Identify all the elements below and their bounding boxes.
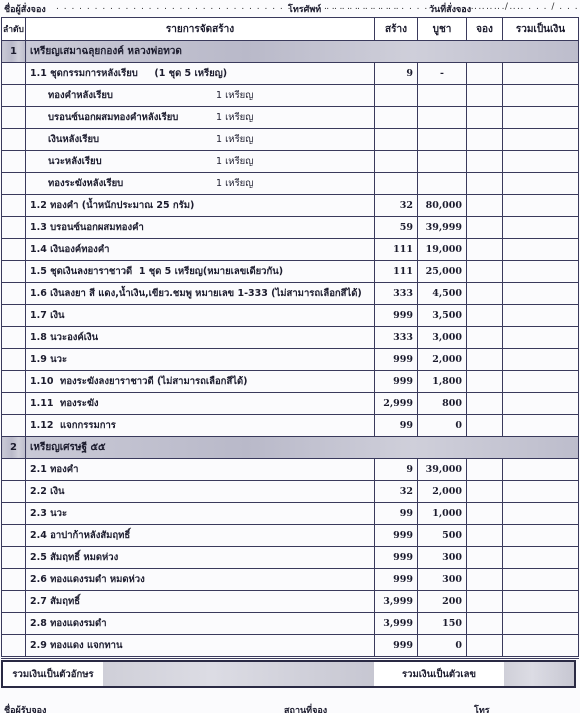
index-cell bbox=[2, 327, 26, 349]
reserve-input[interactable] bbox=[467, 503, 503, 525]
sub-item-wrap: ทองคำหลังเรียบ1 เหรียญ bbox=[48, 88, 370, 103]
table-row: 1.6 เงินลงยา สี แดง,น้ำเงิน,เขียว.ชมพู ห… bbox=[2, 283, 579, 305]
summary-box: รวมเงินเป็นตัวอักษร รวมเงินเป็นตัวเลข bbox=[1, 660, 576, 688]
built-count: 111 bbox=[375, 261, 418, 283]
index-cell bbox=[2, 283, 26, 305]
price: 3,000 bbox=[418, 327, 467, 349]
reserve-input[interactable] bbox=[467, 283, 503, 305]
index-cell bbox=[2, 195, 26, 217]
built-count: 9 bbox=[375, 63, 418, 85]
price: 19,000 bbox=[418, 239, 467, 261]
order-table: ลำดับ รายการจัดสร้าง สร้าง บูชา จอง รวมเ… bbox=[1, 17, 579, 659]
reserve-input[interactable] bbox=[467, 239, 503, 261]
table-row: 1.3 บรอนซ์นอกผสมทองคำ5939,999 bbox=[2, 217, 579, 239]
item-name: 1.3 บรอนซ์นอกผสมทองคำ bbox=[26, 217, 375, 239]
total-input[interactable] bbox=[503, 547, 579, 569]
price: 2,000 bbox=[418, 481, 467, 503]
sub-item-name: นวะหลังเรียบ bbox=[48, 156, 102, 167]
total-input[interactable] bbox=[503, 85, 579, 107]
sub-item-row: ทองคำหลังเรียบ1 เหรียญ bbox=[2, 85, 579, 107]
reserve-input[interactable] bbox=[467, 591, 503, 613]
order-header-line: ชื่อผู้สั่งจอง . . . . . . . . . . . . .… bbox=[4, 0, 578, 16]
price: 200 bbox=[418, 591, 467, 613]
built-count: 333 bbox=[375, 327, 418, 349]
reserve-input[interactable] bbox=[467, 173, 503, 195]
col-total-header: รวมเป็นเงิน bbox=[503, 18, 579, 41]
built-count: 999 bbox=[375, 349, 418, 371]
price: 3,500 bbox=[418, 305, 467, 327]
index-cell bbox=[2, 371, 26, 393]
built-count: 999 bbox=[375, 305, 418, 327]
total-number-field[interactable] bbox=[504, 662, 574, 686]
total-input[interactable] bbox=[503, 151, 579, 173]
total-input[interactable] bbox=[503, 481, 579, 503]
index-cell bbox=[2, 85, 26, 107]
price: 0 bbox=[418, 635, 467, 658]
section-row: 2เหรียญเศรษฐี ๕๕ bbox=[2, 437, 579, 459]
price-cell bbox=[418, 173, 467, 195]
reserve-input[interactable] bbox=[467, 85, 503, 107]
sub-item-cell: เงินหลังเรียบ1 เหรียญ bbox=[26, 129, 375, 151]
section-row: 1เหรียญเสมาฉลุยกองค์ หลวงพ่อทวด bbox=[2, 41, 579, 63]
index-cell bbox=[2, 635, 26, 658]
table-row: 2.4 อาปาก้าหลังสัมฤทธิ์999500 bbox=[2, 525, 579, 547]
price-cell bbox=[418, 107, 467, 129]
table-row: 2.5 สัมฤทธิ์ หมดห่วง999300 bbox=[2, 547, 579, 569]
built-count: 32 bbox=[375, 481, 418, 503]
table-row: 1.12 แจกกรรมการ990 bbox=[2, 415, 579, 437]
receiver-line: ชื่อผู้รับจอง สถานที่จอง โทร bbox=[4, 703, 578, 713]
index-cell bbox=[2, 459, 26, 481]
table-row: 2.2 เงิน322,000 bbox=[2, 481, 579, 503]
date-field[interactable]: . . . . / . . . . . / . . . . . . bbox=[474, 2, 580, 12]
sub-item-name: บรอนซ์นอกผสมทองคำหลังเรียบ bbox=[48, 112, 178, 123]
price-cell bbox=[418, 129, 467, 151]
total-input[interactable] bbox=[503, 195, 579, 217]
built-count: 9 bbox=[375, 459, 418, 481]
price: 80,000 bbox=[418, 195, 467, 217]
section-index: 2 bbox=[2, 437, 26, 459]
table-row: 1.4 เงินองค์ทองคำ11119,000 bbox=[2, 239, 579, 261]
reserve-input[interactable] bbox=[467, 415, 503, 437]
item-name: 1.7 เงิน bbox=[26, 305, 375, 327]
built-count: 3,999 bbox=[375, 613, 418, 635]
sub-item-wrap: บรอนซ์นอกผสมทองคำหลังเรียบ1 เหรียญ bbox=[48, 110, 370, 125]
item-name: 1.2 ทองคำ (น้ำหนักประมาณ 25 กรัม) bbox=[26, 195, 375, 217]
total-input[interactable] bbox=[503, 63, 579, 85]
built-cell bbox=[375, 107, 418, 129]
built-cell bbox=[375, 129, 418, 151]
built-count: 999 bbox=[375, 525, 418, 547]
built-count: 111 bbox=[375, 239, 418, 261]
orderer-label: ชื่อผู้สั่งจอง bbox=[4, 2, 46, 16]
col-index-header: ลำดับ bbox=[2, 18, 26, 41]
built-cell bbox=[375, 151, 418, 173]
total-input[interactable] bbox=[503, 613, 579, 635]
total-input[interactable] bbox=[503, 283, 579, 305]
price: 39,999 bbox=[418, 217, 467, 239]
item-name: 2.3 นวะ bbox=[26, 503, 375, 525]
index-cell bbox=[2, 349, 26, 371]
item-name: 1.4 เงินองค์ทองคำ bbox=[26, 239, 375, 261]
table-row: 2.8 ทองแดงรมดำ3,999150 bbox=[2, 613, 579, 635]
price: 0 bbox=[418, 415, 467, 437]
price: 1,000 bbox=[418, 503, 467, 525]
item-name: 1.9 นวะ bbox=[26, 349, 375, 371]
sub-item-cell: ทองคำหลังเรียบ1 เหรียญ bbox=[26, 85, 375, 107]
table-row: 2.7 สัมฤทธิ์3,999200 bbox=[2, 591, 579, 613]
built-count: 2,999 bbox=[375, 393, 418, 415]
index-cell bbox=[2, 261, 26, 283]
sub-item-cell: บรอนซ์นอกผสมทองคำหลังเรียบ1 เหรียญ bbox=[26, 107, 375, 129]
reserve-input[interactable] bbox=[467, 481, 503, 503]
price-cell bbox=[418, 85, 467, 107]
total-input[interactable] bbox=[503, 591, 579, 613]
item-name: 2.1 ทองคำ bbox=[26, 459, 375, 481]
item-name: 1.1 ชุดกรรมการหลังเรียบ (1 ชุด 5 เหรียญ) bbox=[26, 63, 375, 85]
total-input[interactable] bbox=[503, 173, 579, 195]
table-row: 1.1 ชุดกรรมการหลังเรียบ (1 ชุด 5 เหรียญ)… bbox=[2, 63, 579, 85]
price: 25,000 bbox=[418, 261, 467, 283]
index-cell bbox=[2, 613, 26, 635]
item-name: 2.8 ทองแดงรมดำ bbox=[26, 613, 375, 635]
reserve-input[interactable] bbox=[467, 547, 503, 569]
item-name: 2.9 ทองแดง แจกทาน bbox=[26, 635, 375, 658]
item-name: 1.11 ทองระฆัง bbox=[26, 393, 375, 415]
index-cell bbox=[2, 569, 26, 591]
sub-item-row: เงินหลังเรียบ1 เหรียญ bbox=[2, 129, 579, 151]
receiver-label: ชื่อผู้รับจอง bbox=[4, 703, 46, 713]
sub-item-qty: 1 เหรียญ bbox=[216, 132, 253, 147]
total-input[interactable] bbox=[503, 393, 579, 415]
total-input[interactable] bbox=[503, 349, 579, 371]
reserve-input[interactable] bbox=[467, 129, 503, 151]
sub-item-row: บรอนซ์นอกผสมทองคำหลังเรียบ1 เหรียญ bbox=[2, 107, 579, 129]
index-cell bbox=[2, 415, 26, 437]
total-input[interactable] bbox=[503, 415, 579, 437]
price: 500 bbox=[418, 525, 467, 547]
reserve-input[interactable] bbox=[467, 459, 503, 481]
total-text-field[interactable] bbox=[103, 662, 374, 686]
index-cell bbox=[2, 129, 26, 151]
index-cell bbox=[2, 547, 26, 569]
phone-label: โทรศัพท์ bbox=[288, 2, 321, 16]
table-header-row: ลำดับ รายการจัดสร้าง สร้าง บูชา จอง รวมเ… bbox=[2, 18, 579, 41]
col-price-header: บูชา bbox=[418, 18, 467, 41]
index-cell bbox=[2, 591, 26, 613]
reserve-input[interactable] bbox=[467, 217, 503, 239]
sub-item-row: ทองระฆังหลังเรียบ1 เหรียญ bbox=[2, 173, 579, 195]
total-input[interactable] bbox=[503, 239, 579, 261]
built-cell bbox=[375, 173, 418, 195]
total-input[interactable] bbox=[503, 107, 579, 129]
index-cell bbox=[2, 481, 26, 503]
reserve-input[interactable] bbox=[467, 635, 503, 658]
built-count: 59 bbox=[375, 217, 418, 239]
built-count: 999 bbox=[375, 635, 418, 658]
item-name: 1.5 ชุดเงินลงยาราชาวดี 1 ชุด 5 เหรียญ(หม… bbox=[26, 261, 375, 283]
total-number-label: รวมเงินเป็นตัวเลข bbox=[374, 662, 504, 686]
index-cell bbox=[2, 107, 26, 129]
place-label: สถานที่จอง bbox=[284, 703, 327, 713]
index-cell bbox=[2, 525, 26, 547]
col-item-header: รายการจัดสร้าง bbox=[26, 18, 375, 41]
total-input[interactable] bbox=[503, 305, 579, 327]
table-row: 2.6 ทองแดงรมดำ หมดห่วง999300 bbox=[2, 569, 579, 591]
reserve-input[interactable] bbox=[467, 107, 503, 129]
sub-item-cell: ทองระฆังหลังเรียบ1 เหรียญ bbox=[26, 173, 375, 195]
sub-item-wrap: นวะหลังเรียบ1 เหรียญ bbox=[48, 154, 370, 169]
price: 2,000 bbox=[418, 349, 467, 371]
section-index: 1 bbox=[2, 41, 26, 63]
price: 150 bbox=[418, 613, 467, 635]
total-input[interactable] bbox=[503, 635, 579, 658]
reserve-input[interactable] bbox=[467, 195, 503, 217]
total-input[interactable] bbox=[503, 129, 579, 151]
reserve-input[interactable] bbox=[467, 327, 503, 349]
date-label: วันที่สั่งจอง bbox=[429, 2, 471, 16]
item-name: 2.2 เงิน bbox=[26, 481, 375, 503]
table-row: 2.9 ทองแดง แจกทาน9990 bbox=[2, 635, 579, 658]
price: - bbox=[418, 63, 467, 85]
reserve-input[interactable] bbox=[467, 349, 503, 371]
index-cell bbox=[2, 173, 26, 195]
item-name: 2.4 อาปาก้าหลังสัมฤทธิ์ bbox=[26, 525, 375, 547]
sub-item-wrap: ทองระฆังหลังเรียบ1 เหรียญ bbox=[48, 176, 370, 191]
table-row: 1.2 ทองคำ (น้ำหนักประมาณ 25 กรัม)3280,00… bbox=[2, 195, 579, 217]
price: 1,800 bbox=[418, 371, 467, 393]
reserve-input[interactable] bbox=[467, 525, 503, 547]
total-text-label: รวมเงินเป็นตัวอักษร bbox=[3, 662, 103, 686]
index-cell bbox=[2, 151, 26, 173]
item-name: 1.12 แจกกรรมการ bbox=[26, 415, 375, 437]
table-row: 1.9 นวะ9992,000 bbox=[2, 349, 579, 371]
table-row: 1.11 ทองระฆัง2,999800 bbox=[2, 393, 579, 415]
col-built-header: สร้าง bbox=[375, 18, 418, 41]
index-cell bbox=[2, 63, 26, 85]
total-input[interactable] bbox=[503, 217, 579, 239]
table-row: 2.1 ทองคำ939,000 bbox=[2, 459, 579, 481]
table-row: 1.8 นวะองค์เงิน3333,000 bbox=[2, 327, 579, 349]
reserve-input[interactable] bbox=[467, 151, 503, 173]
item-name: 1.8 นวะองค์เงิน bbox=[26, 327, 375, 349]
price: 300 bbox=[418, 547, 467, 569]
total-input[interactable] bbox=[503, 459, 579, 481]
reserve-input[interactable] bbox=[467, 305, 503, 327]
reserve-input[interactable] bbox=[467, 261, 503, 283]
sub-item-row: นวะหลังเรียบ1 เหรียญ bbox=[2, 151, 579, 173]
item-name: 1.6 เงินลงยา สี แดง,น้ำเงิน,เขียว.ชมพู ห… bbox=[26, 283, 375, 305]
sub-item-qty: 1 เหรียญ bbox=[216, 154, 253, 169]
table-row: 1.7 เงิน9993,500 bbox=[2, 305, 579, 327]
table-row: 1.10 ทองระฆังลงยาราชาวดี (ไม่สามารถเลือก… bbox=[2, 371, 579, 393]
table-row: 2.3 นวะ991,000 bbox=[2, 503, 579, 525]
sub-item-qty: 1 เหรียญ bbox=[216, 88, 253, 103]
built-count: 333 bbox=[375, 283, 418, 305]
built-count: 3,999 bbox=[375, 591, 418, 613]
built-count: 32 bbox=[375, 195, 418, 217]
item-name: 2.5 สัมฤทธิ์ หมดห่วง bbox=[26, 547, 375, 569]
index-cell bbox=[2, 305, 26, 327]
reserve-input[interactable] bbox=[467, 393, 503, 415]
built-count: 999 bbox=[375, 569, 418, 591]
total-input[interactable] bbox=[503, 327, 579, 349]
total-input[interactable] bbox=[503, 525, 579, 547]
index-cell bbox=[2, 239, 26, 261]
built-count: 99 bbox=[375, 503, 418, 525]
total-input[interactable] bbox=[503, 569, 579, 591]
built-count: 999 bbox=[375, 371, 418, 393]
item-name: 2.7 สัมฤทธิ์ bbox=[26, 591, 375, 613]
index-cell bbox=[2, 217, 26, 239]
footer-phone-label: โทร bbox=[474, 703, 490, 713]
reserve-input[interactable] bbox=[467, 613, 503, 635]
sub-item-wrap: เงินหลังเรียบ1 เหรียญ bbox=[48, 132, 370, 147]
sub-item-cell: นวะหลังเรียบ1 เหรียญ bbox=[26, 151, 375, 173]
reserve-input[interactable] bbox=[467, 371, 503, 393]
price-cell bbox=[418, 151, 467, 173]
reserve-input[interactable] bbox=[467, 63, 503, 85]
price: 39,000 bbox=[418, 459, 467, 481]
item-name: 2.6 ทองแดงรมดำ หมดห่วง bbox=[26, 569, 375, 591]
section-title: เหรียญเสมาฉลุยกองค์ หลวงพ่อทวด bbox=[26, 41, 579, 63]
sub-item-qty: 1 เหรียญ bbox=[216, 110, 253, 125]
built-cell bbox=[375, 85, 418, 107]
sub-item-name: ทองระฆังหลังเรียบ bbox=[48, 178, 123, 189]
total-input[interactable] bbox=[503, 371, 579, 393]
index-cell bbox=[2, 503, 26, 525]
built-count: 999 bbox=[375, 547, 418, 569]
total-input[interactable] bbox=[503, 503, 579, 525]
index-cell bbox=[2, 393, 26, 415]
reserve-input[interactable] bbox=[467, 569, 503, 591]
sub-item-qty: 1 เหรียญ bbox=[216, 176, 253, 191]
sub-item-name: เงินหลังเรียบ bbox=[48, 134, 99, 145]
item-name: 1.10 ทองระฆังลงยาราชาวดี (ไม่สามารถเลือก… bbox=[26, 371, 375, 393]
sub-item-name: ทองคำหลังเรียบ bbox=[48, 90, 113, 101]
table-row: 1.5 ชุดเงินลงยาราชาวดี 1 ชุด 5 เหรียญ(หม… bbox=[2, 261, 579, 283]
price: 800 bbox=[418, 393, 467, 415]
total-input[interactable] bbox=[503, 261, 579, 283]
col-reserve-header: จอง bbox=[467, 18, 503, 41]
section-title: เหรียญเศรษฐี ๕๕ bbox=[26, 437, 579, 459]
price: 300 bbox=[418, 569, 467, 591]
price: 4,500 bbox=[418, 283, 467, 305]
built-count: 99 bbox=[375, 415, 418, 437]
